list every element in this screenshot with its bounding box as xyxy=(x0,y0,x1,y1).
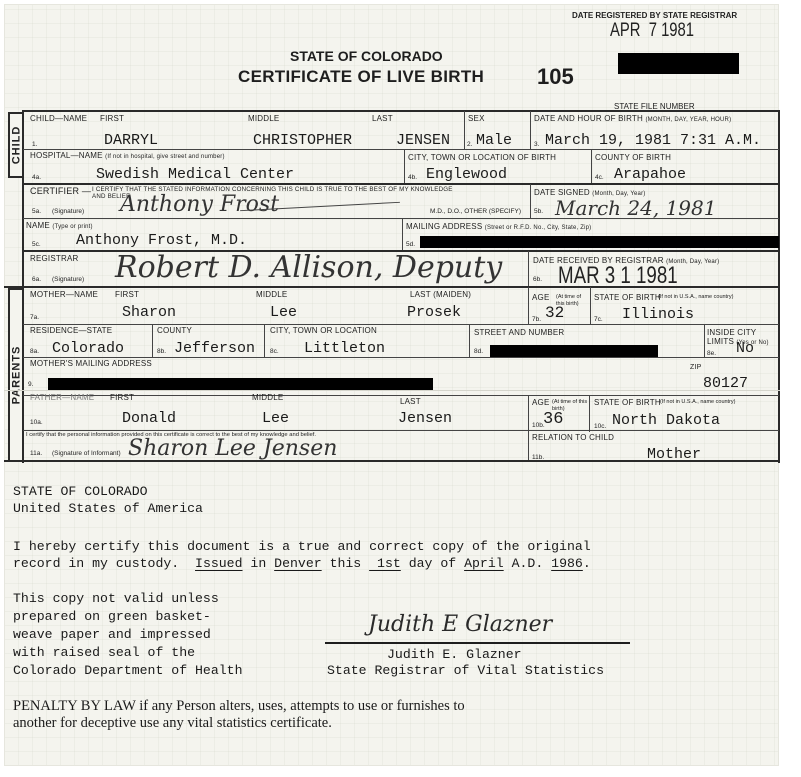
child-last-label: LAST xyxy=(372,114,393,123)
section-child-tab: CHILD xyxy=(8,112,24,178)
penalty-line-1: PENALTY BY LAW if any Person alters, use… xyxy=(13,697,465,715)
informant-signature: Sharon Lee Jensen xyxy=(128,436,337,461)
registrar-label: REGISTRAR xyxy=(30,254,78,263)
child-sex: Male xyxy=(476,132,512,149)
validity-notice: This copy not valid unless prepared on g… xyxy=(13,590,243,680)
mother-age-label: AGE xyxy=(532,293,550,302)
residence-state: Colorado xyxy=(52,340,124,357)
local-number: 105 xyxy=(537,64,574,90)
mother-first-name: Sharon xyxy=(122,304,176,321)
father-last-name: Jensen xyxy=(398,410,452,427)
birth-county-label: COUNTY OF BIRTH xyxy=(595,153,671,162)
redacted-mother-mailing-address xyxy=(48,378,433,390)
residence-city-label: CITY, TOWN OR LOCATION xyxy=(270,326,377,335)
residence-state-label: RESIDENCE—STATE xyxy=(30,326,112,335)
father-age: 36 xyxy=(543,410,563,429)
date-registered-label: DATE REGISTERED BY STATE REGISTRAR xyxy=(572,11,737,20)
mother-birth-state: Illinois xyxy=(622,306,694,323)
signature-line xyxy=(325,642,630,644)
child-date-of-birth: March 19, 1981 7:31 A.M. xyxy=(545,132,761,149)
mother-middle-label: MIDDLE xyxy=(256,290,287,299)
father-middle-name: Lee xyxy=(262,410,289,427)
cert-line-2: record in my custody. Issued in Denver t… xyxy=(13,555,591,573)
child-first-name: DARRYL xyxy=(104,132,158,149)
cert-state: STATE OF COLORADO xyxy=(13,483,148,501)
inside-city-label: INSIDE CITY xyxy=(707,328,756,337)
birth-city: Englewood xyxy=(426,166,507,183)
issued-day: 1st xyxy=(369,556,401,571)
mother-last-name: Prosek xyxy=(407,304,461,321)
child-middle-name: CHRISTOPHER xyxy=(253,132,352,149)
father-birth-state-label: STATE OF BIRTH xyxy=(594,398,661,407)
mother-first-label: FIRST xyxy=(115,290,139,299)
certifier-name: Anthony Frost, M.D. xyxy=(76,232,247,249)
section-parents-tab: PARENTS xyxy=(8,288,24,462)
child-name-label: CHILD—NAME xyxy=(30,114,87,123)
issued-word: Issued xyxy=(195,556,242,571)
cert-line-1: I hereby certify this document is a true… xyxy=(13,538,591,556)
date-registered-stamp: APR 7 1981 xyxy=(610,20,694,42)
mother-mailing-label: MOTHER'S MAILING ADDRESS xyxy=(30,359,152,368)
state-registrar-title: State Registrar of Vital Statistics xyxy=(327,662,604,680)
registrar-signature: Robert D. Allison, Deputy xyxy=(115,250,502,285)
relation-label: RELATION TO CHILD xyxy=(532,433,614,442)
mother-last-label: LAST (MAIDEN) xyxy=(410,290,471,299)
sex-label: SEX xyxy=(468,114,485,123)
child-last-name: JENSEN xyxy=(396,132,450,149)
issued-year: 1986 xyxy=(551,556,583,571)
father-middle-label: MIDDLE xyxy=(252,393,283,402)
mother-middle-name: Lee xyxy=(270,304,297,321)
child-middle-label: MIDDLE xyxy=(248,114,279,123)
certifier-mailing-label: MAILING ADDRESS (Street or R.F.D. No., C… xyxy=(406,222,591,231)
child-first-label: FIRST xyxy=(100,114,124,123)
father-age-label: AGE xyxy=(532,398,550,407)
father-last-label: LAST xyxy=(400,397,421,406)
certifier-signature: Anthony Frost xyxy=(120,192,279,217)
cert-country: United States of America xyxy=(13,500,203,518)
date-signed: March 24, 1981 xyxy=(555,196,716,220)
father-birth-state: North Dakota xyxy=(612,412,720,429)
zip-label: ZIP xyxy=(690,364,702,371)
page-title: CERTIFICATE OF LIVE BIRTH xyxy=(238,67,484,87)
residence-city: Littleton xyxy=(304,340,385,357)
dob-label: DATE AND HOUR OF BIRTH (MONTH, DAY, YEAR… xyxy=(534,114,731,123)
birth-city-label: CITY, TOWN OR LOCATION OF BIRTH xyxy=(408,153,556,162)
header-state: STATE OF COLORADO xyxy=(290,48,443,64)
redacted-certifier-address xyxy=(420,236,779,248)
penalty-line-2: another for deceptive use any vital stat… xyxy=(13,714,332,732)
mother-name-label: MOTHER—NAME xyxy=(30,290,98,299)
mother-age: 32 xyxy=(545,304,564,322)
inside-city-value: No xyxy=(736,340,754,357)
street-label: STREET AND NUMBER xyxy=(474,328,564,337)
mother-birth-state-label: STATE OF BIRTH xyxy=(594,293,661,302)
relation-value: Mother xyxy=(647,446,701,463)
credential-label: M.D., D.O., OTHER (SPECIFY) xyxy=(430,208,521,215)
residence-county: Jefferson xyxy=(174,340,255,357)
birth-county: Arapahoe xyxy=(614,166,686,183)
hospital-name: Swedish Medical Center xyxy=(96,166,294,183)
residence-county-label: COUNTY xyxy=(157,326,192,335)
redacted-street xyxy=(490,345,658,357)
issued-month: April xyxy=(464,556,504,571)
certifier-label: CERTIFIER — xyxy=(30,186,91,196)
hospital-label: HOSPITAL—NAME (If not in hospital, give … xyxy=(30,151,225,160)
state-registrar-signature: Judith E Glazner xyxy=(368,612,552,637)
issued-city: Denver xyxy=(274,556,321,571)
father-name-label: FATHER—NAME xyxy=(30,393,94,402)
father-first-name: Donald xyxy=(122,410,176,427)
certifier-name-label: NAME (Type or print) xyxy=(26,221,93,230)
redacted-state-file-number xyxy=(618,53,739,74)
father-first-label: FIRST xyxy=(110,393,134,402)
